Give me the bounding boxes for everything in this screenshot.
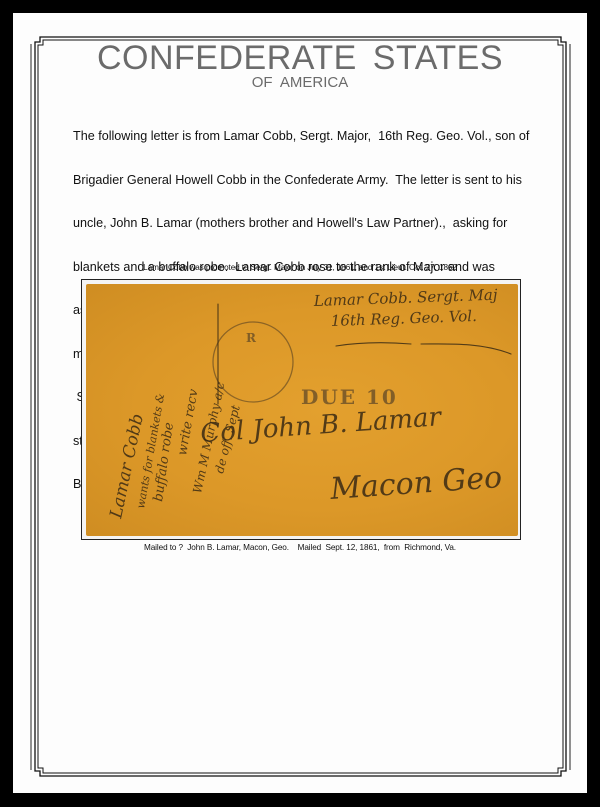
description-line: uncle, John B. Lamar (mothers brother an… <box>73 216 543 231</box>
description-line: The following letter is from Lamar Cobb,… <box>73 129 543 144</box>
page-subtitle: OF AMERICA <box>0 74 600 92</box>
cover-mount: Lamar Cobb. Sergt. Maj 16th Reg. Geo. Vo… <box>81 279 521 540</box>
description-line: Brigadier General Howell Cobb in the Con… <box>73 173 543 188</box>
postmark-letter: R <box>246 331 258 345</box>
envelope-markings: Lamar Cobb. Sergt. Maj 16th Reg. Geo. Vo… <box>86 284 518 536</box>
return-address-line2: 16th Reg. Geo. Vol. <box>331 307 478 330</box>
caption-bottom: Mailed to ? John B. Lamar, Macon, Geo. M… <box>0 543 600 552</box>
envelope-image: Lamar Cobb. Sergt. Maj 16th Reg. Geo. Vo… <box>86 284 518 536</box>
caption-top: Lamar Cobb was promoted to Sergt. Major … <box>0 263 600 272</box>
destination: Macon Geo <box>328 460 503 507</box>
page-title: CONFEDERATE STATES <box>0 40 600 76</box>
docket-line: write recv <box>175 387 202 456</box>
